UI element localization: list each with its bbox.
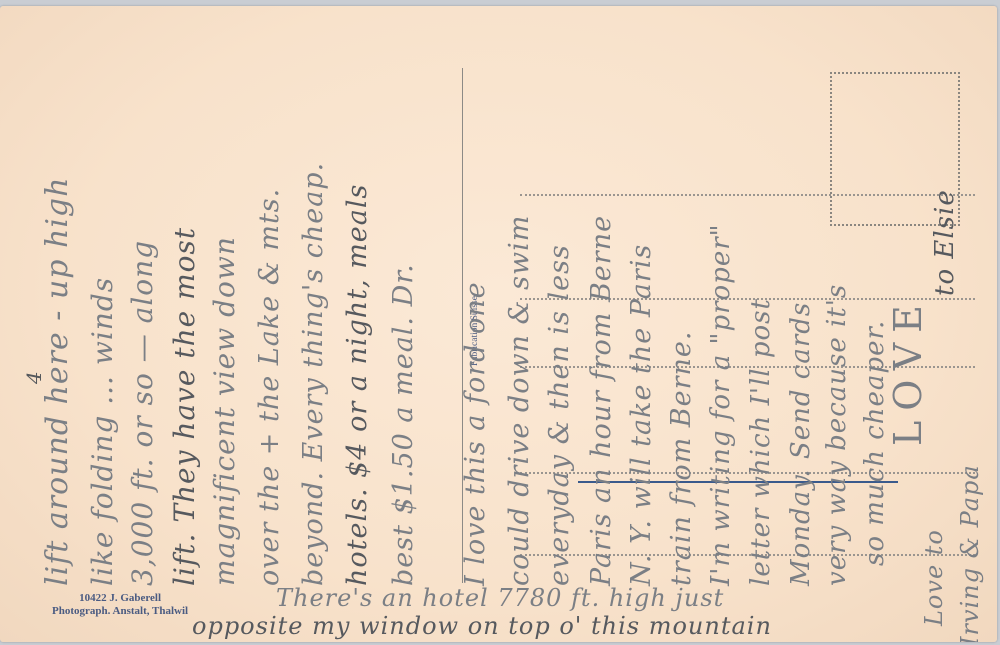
publisher-imprint: 10422 J. Gaberell Photograph. Anstalt, T… (52, 592, 188, 618)
handwritten-line: Paris an hour from Berne (586, 215, 617, 586)
handwritten-line: like folding ... winds (86, 277, 119, 586)
handwritten-line: N. Y. will take the Paris (626, 244, 657, 586)
handwritten-line: train from Berne. (666, 331, 697, 586)
handwritten-love: LOVE (886, 295, 930, 446)
handwritten-line: lift around here - up high (40, 177, 75, 586)
handwritten-line: very way because it's (822, 284, 852, 586)
handwritten-line: best $1.50 a meal. Dr. (388, 263, 419, 586)
handwritten-line: everyday & then is less (544, 244, 575, 586)
handwritten-line: I'm writing for a "proper" (706, 223, 736, 586)
handwritten-bottom-line: opposite my window on top o' this mounta… (192, 612, 772, 640)
imprint-line: 10422 J. Gaberell (52, 592, 188, 605)
handwritten-line: I love this a ford one (460, 281, 491, 586)
handwritten-line: Monday. Send cards (786, 302, 816, 586)
handwritten-bottom-line: There's an hotel 7780 ft. high just (276, 584, 724, 612)
handwritten-line: Irving & Papa (956, 464, 984, 642)
handwritten-line: letter which I'll post (746, 298, 776, 586)
handwritten-line: over the + the Lake & mts. (254, 188, 285, 586)
handwritten-line: magnificent view down (208, 236, 241, 586)
imprint-line: Photograph. Anstalt, Thalwil (52, 605, 188, 618)
postcard-back: 4 lift around here - up high like foldin… (0, 6, 997, 642)
handwritten-line: lift. They have the most (168, 227, 201, 586)
handwritten-line: 3,000 ft. or so — along (126, 240, 159, 586)
handwritten-line: to Elsie (930, 189, 960, 296)
handwritten-line: Love to (920, 529, 948, 626)
handwritten-line: hotels. $4 or a night, meals (342, 184, 373, 586)
handwritten-line: beyond. Every thing's cheap. (298, 162, 329, 586)
handwritten-line: could drive down & swim (504, 215, 535, 586)
